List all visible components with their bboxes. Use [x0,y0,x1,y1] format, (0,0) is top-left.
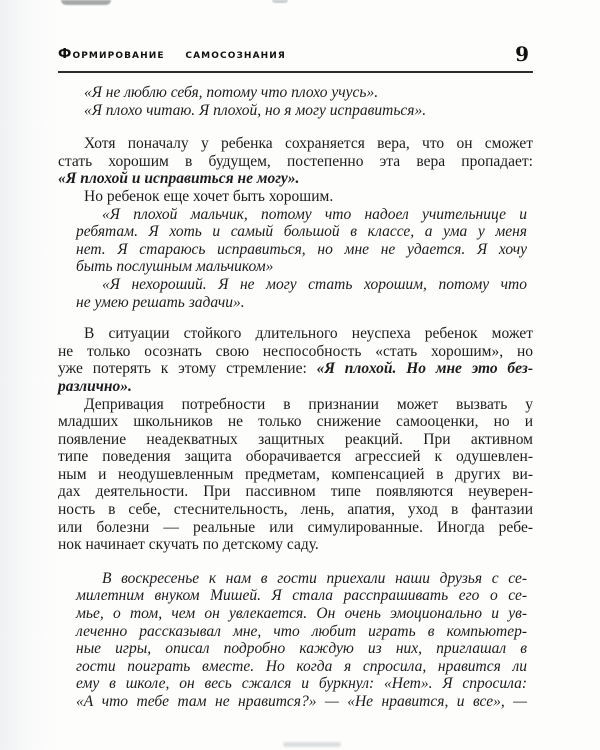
text-segment: «Я плохо читаю. Я плохой, но я могу испр… [84,102,426,119]
text-segment: стать хорошим в будущем, постепенно эта … [58,153,533,170]
text-line: В воскресенье к нам в гости приехали наш… [76,570,527,588]
emphasized-quote-segment: «Я плохой. Но мне это без- [317,360,533,377]
text-line: «Я нехороший. Я не могу стать хорошим, п… [76,276,527,294]
text-line: не умею решать задачи». [76,294,527,312]
paragraph: Депривация потребности в признании может… [58,396,533,554]
text-segment: типе поведения защита оборачивается агре… [58,448,533,465]
running-title: Формирование самосознания [58,45,286,64]
page-edge-shadow [0,0,60,750]
text-line: Депривация потребности в признании может… [58,396,533,414]
text-segment: или болезни — реальные или симулированны… [58,519,533,536]
text-segment: ным и неодушевленным предметам, компенса… [58,466,533,483]
text-segment: мье, о том, чем он увлекается. Он очень … [76,605,527,622]
text-segment: Но ребенок еще хочет быть хорошим. [84,188,333,205]
text-line: «Я не люблю себя, потому что плохо учусь… [58,84,533,102]
scan-smudge-top [61,0,111,5]
text-line: появление неадекватных защитных реакций.… [58,431,533,449]
text-line: дах деятельности. При пассивном типе поя… [58,483,533,501]
header-rule [58,71,533,73]
text-segment: появление неадекватных защитных реакций.… [58,431,533,448]
text-line: В ситуации стойкого длительного неуспеха… [58,325,533,343]
page-number: 9 [515,44,533,64]
text-segment: не только осознать свою неспособность «с… [58,343,533,360]
text-segment: быть послушным мальчиком» [76,258,273,275]
text-column: «Я не люблю себя, потому что плохо учусь… [58,84,533,711]
text-segment: леченно рассказывал мне, что любит играт… [76,623,527,640]
text-segment: ность в себе, стеснительность, лень, апа… [58,501,533,518]
text-line: ные игры, описал подробно каждую из них,… [76,640,527,658]
text-line: быть послушным мальчиком» [76,258,527,276]
scan-smudge-top-small [272,0,288,3]
text-segment: дах деятельности. При пассивном типе поя… [58,483,533,500]
text-line: не только осознать свою неспособность «с… [58,343,533,361]
text-line: милетним внуком Мишей. Я стала расспраши… [76,587,527,605]
text-segment: Хотя поначалу у ребенка сохраняется вера… [84,135,533,152]
scanned-book-page: Формирование самосознания 9 «Я не люблю … [0,0,600,750]
text-line: ным и неодушевленным предметам, компенса… [58,466,533,484]
text-segment: Депривация потребности в признании может… [84,396,533,413]
text-line: уже потерять к этому стремление: «Я плох… [58,360,533,378]
text-line: мье, о том, чем он увлекается. Он очень … [76,605,527,623]
text-segment: ему в школе, он весь сжался и буркнул: «… [76,675,527,692]
text-segment: гости поиграть вместе. Но когда я спроси… [76,658,527,675]
text-line: нет. Я стараюсь исправиться, но мне не у… [76,241,527,259]
emphasized-quote-segment: «Я плохой и исправиться не могу». [58,170,299,187]
text-segment: не умею решать задачи». [76,294,245,311]
text-line: или болезни — реальные или симулированны… [58,519,533,537]
text-line: Хотя поначалу у ребенка сохраняется вера… [58,135,533,153]
text-line: ему в школе, он весь сжался и буркнул: «… [76,675,527,693]
text-line: различно». [58,378,533,396]
text-line: ребятам. Я хоть и самый большой в классе… [76,223,527,241]
lead-quotes: «Я не люблю себя, потому что плохо учусь… [58,84,533,119]
text-line: «Я плохо читаю. Я плохой, но я могу испр… [58,102,533,120]
text-line: «Я плохой и исправиться не могу». [58,170,533,188]
text-line: младших школьников не только снижение са… [58,413,533,431]
text-segment: милетним внуком Мишей. Я стала расспраши… [76,587,527,604]
running-header: Формирование самосознания 9 [58,44,533,64]
text-line: ность в себе, стеснительность, лень, апа… [58,501,533,519]
scan-smudge-bottom [283,742,341,747]
text-segment: младших школьников не только снижение са… [58,413,533,430]
text-line: гости поиграть вместе. Но когда я спроси… [76,658,527,676]
text-segment: В воскресенье к нам в гости приехали наш… [102,570,527,587]
text-segment: «Я нехороший. Я не могу стать хорошим, п… [102,276,527,293]
text-line: «А что тебе там не нравится?» — «Не нрав… [76,693,527,711]
paragraph: Но ребенок еще хочет быть хорошим. [58,188,533,206]
text-segment: «Я плохой мальчик, потому что надоел учи… [102,206,527,223]
quote-block: В воскресенье к нам в гости приехали наш… [76,570,527,711]
quote-block: «Я плохой мальчик, потому что надоел учи… [76,206,527,312]
paragraph: В ситуации стойкого длительного неуспеха… [58,325,533,395]
text-segment: ные игры, описал подробно каждую из них,… [76,640,527,657]
text-segment: «А что тебе там не нравится?» — «Не нрав… [76,693,527,710]
text-segment: уже потерять к этому стремление: [58,360,317,377]
text-line: нок начинает скучать по детскому саду. [58,536,533,554]
text-segment: «Я не люблю себя, потому что плохо учусь… [84,84,378,101]
text-segment: В ситуации стойкого длительного неуспеха… [84,325,533,342]
emphasized-quote-segment: различно». [58,378,132,395]
text-line: леченно рассказывал мне, что любит играт… [76,623,527,641]
text-segment: нет. Я стараюсь исправиться, но мне не у… [76,241,527,258]
text-segment: ребятам. Я хоть и самый большой в классе… [76,223,527,240]
text-line: Но ребенок еще хочет быть хорошим. [58,188,533,206]
text-line: стать хорошим в будущем, постепенно эта … [58,153,533,171]
text-segment: нок начинает скучать по детскому саду. [58,536,319,553]
text-line: «Я плохой мальчик, потому что надоел учи… [76,206,527,224]
paragraph: Хотя поначалу у ребенка сохраняется вера… [58,135,533,188]
text-line: типе поведения защита оборачивается агре… [58,448,533,466]
